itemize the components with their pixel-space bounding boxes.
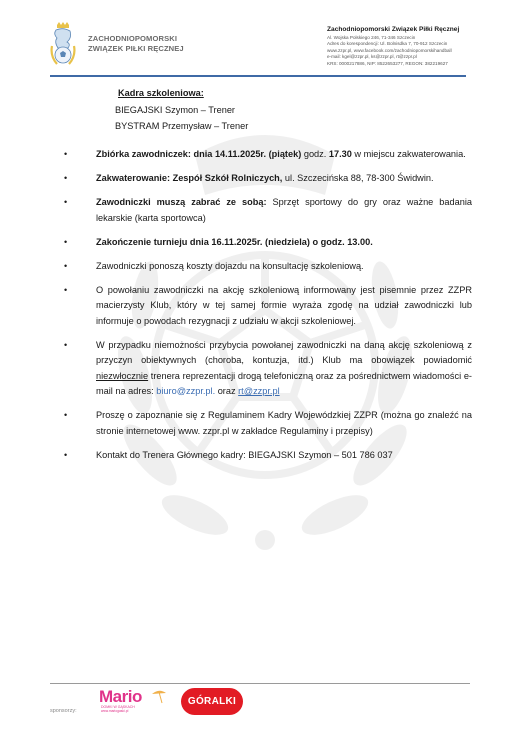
list-item-accommodation: • Zakwaterowanie: Zespół Szkół Rolniczyc…	[62, 171, 472, 187]
accommodation-address: ul. Szczecińska 88, 78-300 Świdwin.	[282, 173, 433, 183]
text: godz.	[301, 149, 329, 159]
list-item-regulations: • Proszę o zapoznanie się z Regulaminem …	[62, 408, 472, 439]
org-correspondence: Adres do korespondencji: Ul. Bolnisdka 7…	[327, 41, 459, 48]
letterhead: ZACHODNIOPOMORSKI ZWIĄZEK PIŁKI RĘCZNEJ …	[0, 0, 525, 80]
tournament-end: Zakończenie turnieju dnia 16.11.2025r. (…	[96, 237, 373, 247]
org-address: Al. Wojska Polskiego 246, 71-346 Szczeci…	[327, 35, 459, 42]
bullet-icon: •	[64, 147, 67, 163]
text: W przypadku niemożności przybycia powoła…	[96, 340, 472, 366]
equipment-label: Zawodniczki muszą zabrać ze sobą:	[96, 197, 267, 207]
staff-member: BIEGAJSKI Szymon – Trener	[115, 102, 248, 119]
list-item-travel-costs: • Zawodniczki ponoszą koszty dojazdu na …	[62, 259, 472, 275]
bullet-icon: •	[64, 171, 67, 187]
gathering-date: Zbiórka zawodniczek: dnia 14.11.2025r. (…	[96, 149, 301, 159]
org-name: ZACHODNIOPOMORSKI ZWIĄZEK PIŁKI RĘCZNEJ	[88, 34, 184, 53]
list-item-call-up: • O powołaniu zawodniczki na akcję szkol…	[62, 283, 472, 330]
org-name-line-1: ZACHODNIOPOMORSKI	[88, 34, 184, 44]
handball-federation-crest-icon	[49, 22, 77, 68]
bullet-icon: •	[64, 195, 67, 211]
mario-website: www.mariogaski.pl	[101, 709, 167, 713]
information-list: • Zbiórka zawodniczek: dnia 14.11.2025r.…	[62, 147, 472, 472]
travel-costs-text: Zawodniczki ponoszą koszty dojazdu na ko…	[96, 261, 364, 271]
org-contact-info: Zachodniopomorski Związek Piłki Ręcznej …	[327, 26, 459, 67]
accommodation-label: Zakwaterowanie: Zespół Szkół Rolniczych,	[96, 173, 282, 183]
org-email: e-mail: kgel@zzpr.pl, ks@zzpr.pl, rt@zzp…	[327, 54, 459, 61]
list-item-gathering: • Zbiórka zawodniczek: dnia 14.11.2025r.…	[62, 147, 472, 163]
header-divider	[50, 75, 466, 77]
email-link-biuro[interactable]: biuro@zzpr.pl.	[156, 386, 215, 396]
sponsor-logo-mario: Mario DOMKI W GĄSKACH www.mariogaski.pl	[99, 688, 167, 720]
training-staff: Kadra szkoleniowa: BIEGAJSKI Szymon – Tr…	[115, 85, 248, 135]
bullet-icon: •	[64, 259, 67, 275]
sponsors-label: sponsorzy:	[50, 708, 77, 714]
list-item-tournament-end: • Zakończenie turnieju dnia 16.11.2025r.…	[62, 235, 472, 251]
footer-divider	[50, 683, 470, 684]
gathering-time: 17.30	[329, 149, 352, 159]
bullet-icon: •	[64, 338, 67, 354]
sponsor-logo-goralki: GÓRALKI	[181, 688, 243, 715]
bullet-icon: •	[64, 408, 67, 424]
list-item-equipment: • Zawodniczki muszą zabrać ze sobą: Sprz…	[62, 195, 472, 226]
bullet-icon: •	[64, 235, 67, 251]
regulations-text: Proszę o zapoznanie się z Regulaminem Ka…	[96, 410, 472, 436]
bullet-icon: •	[64, 448, 67, 464]
text: w miejscu zakwaterowania.	[352, 149, 466, 159]
text: trenera reprezentacji drogą telefoniczną…	[96, 371, 472, 397]
emphasis: niezwłocznie	[96, 371, 148, 381]
bullet-icon: •	[64, 283, 67, 299]
beach-umbrella-icon	[151, 688, 167, 704]
org-web: www.zzpr.pl, www.facebook.com/zachodniop…	[327, 48, 459, 55]
staff-member: BYSTRAM Przemysław – Trener	[115, 118, 248, 135]
training-staff-heading: Kadra szkoleniowa:	[118, 85, 251, 102]
list-item-absence: • W przypadku niemożności przybycia powo…	[62, 338, 472, 400]
text: oraz	[215, 386, 238, 396]
contact-text: Kontakt do Trenera Głównego kadry: BIEGA…	[96, 450, 393, 460]
call-up-text: O powołaniu zawodniczki na akcję szkolen…	[96, 285, 472, 326]
list-item-contact: • Kontakt do Trenera Głównego kadry: BIE…	[62, 448, 472, 464]
org-info-title: Zachodniopomorski Związek Piłki Ręcznej	[327, 26, 459, 35]
email-link-rt[interactable]: rt@zzpr.pl	[238, 386, 280, 396]
org-registry: KRS: 0000217886, NIP: 8522653277, REGON:…	[327, 61, 459, 68]
org-name-line-2: ZWIĄZEK PIŁKI RĘCZNEJ	[88, 44, 184, 54]
